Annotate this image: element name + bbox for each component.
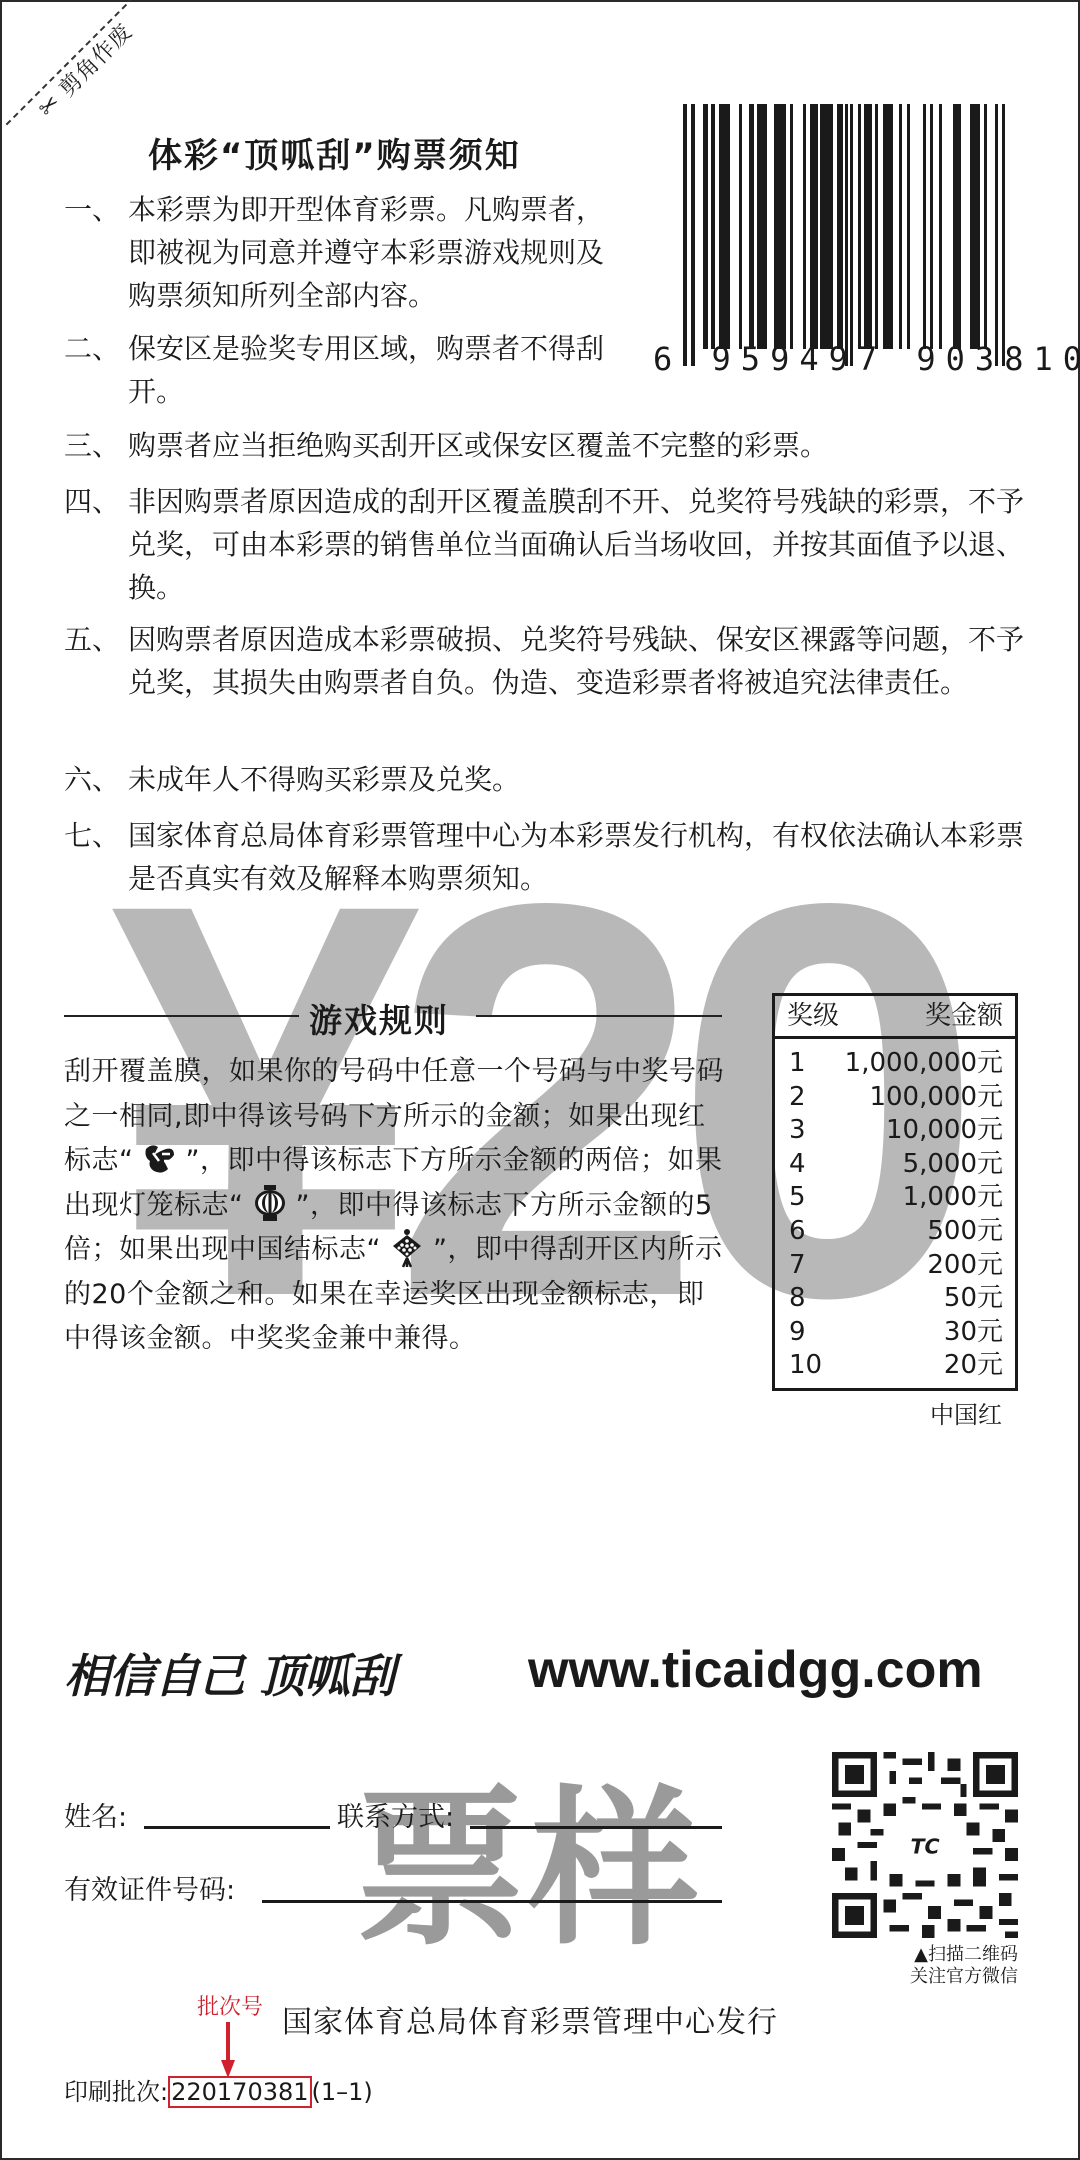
prize-amount: 1,000元	[903, 1181, 1003, 1215]
name-label: 姓名:	[64, 1795, 127, 1834]
name-field[interactable]	[144, 1826, 330, 1829]
prize-row: 51,000元	[775, 1181, 1015, 1215]
notice-item-3: 三、 购票者应当拒绝购买刮开区或保安区覆盖不完整的彩票。	[64, 424, 1024, 467]
slogan: 相信自己 顶呱刮	[64, 1640, 394, 1706]
cut-corner-label: ✂ 剪角作废	[31, 16, 139, 124]
prize-amount: 500元	[927, 1215, 1003, 1249]
prize-level: 3	[789, 1114, 829, 1148]
notice-text: 购票者应当拒绝购买刮开区或保安区覆盖不完整的彩票。	[128, 424, 1024, 467]
qr-caption: ▲扫描二维码 关注官方微信	[900, 1944, 1018, 1988]
qr-caption-line2: 关注官方微信	[900, 1966, 1018, 1988]
prize-level: 2	[789, 1081, 829, 1115]
prize-table-body: 11,000,000元 2100,000元 310,000元 45,000元 5…	[775, 1039, 1015, 1383]
notice-text: 本彩票为即开型体育彩票。凡购票者，即被视为同意并遵守本彩票游戏规则及购票须知所列…	[128, 188, 604, 317]
arrow-down-icon	[221, 2022, 235, 2078]
prize-row: 2100,000元	[775, 1081, 1015, 1115]
prize-amount: 50元	[944, 1282, 1003, 1316]
wechat-qr-code[interactable]: TC	[832, 1752, 1018, 1938]
prize-table: 奖级 奖金额 11,000,000元 2100,000元 310,000元 45…	[772, 993, 1018, 1391]
rules-header: 游戏规则	[64, 995, 722, 1035]
prize-level-header: 奖级	[787, 996, 839, 1036]
lantern-symbol-icon	[250, 1183, 290, 1223]
barcode-number: 6 959497 903810	[653, 340, 1023, 378]
issuer-text: 国家体育总局体育彩票管理中心发行	[282, 1997, 778, 2041]
svg-text:TC: TC	[910, 1834, 939, 1858]
id-number-field[interactable]	[262, 1900, 722, 1903]
prize-level: 6	[789, 1215, 829, 1249]
notice-item-5: 五、 因购票者原因造成本彩票破损、兑奖符号残缺、保安区裸露等问题，不予兑奖，其损…	[64, 618, 1024, 704]
prize-amount: 5,000元	[903, 1148, 1003, 1182]
notice-item-1: 一、 本彩票为即开型体育彩票。凡购票者，即被视为同意并遵守本彩票游戏规则及购票须…	[64, 188, 604, 317]
prize-level: 1	[789, 1047, 829, 1081]
prize-level: 5	[789, 1181, 829, 1215]
prize-amount: 200元	[927, 1249, 1003, 1283]
rules-divider-right	[476, 1015, 722, 1017]
notice-number: 五、	[64, 618, 128, 704]
notice-number: 三、	[64, 424, 128, 467]
scissors-icon: ✂	[32, 88, 67, 123]
prize-row: 6500元	[775, 1215, 1015, 1249]
qr-caption-line1: ▲扫描二维码	[900, 1944, 1018, 1966]
notice-title: 体彩“顶呱刮”购票须知	[148, 128, 521, 177]
notice-number: 七、	[64, 814, 128, 900]
prize-row: 1020元	[775, 1349, 1015, 1383]
notice-text: 非因购票者原因造成的刮开区覆盖膜刮不开、兑奖符号残缺的彩票，不予兑奖，可由本彩票…	[128, 480, 1024, 609]
notice-number: 四、	[64, 480, 128, 609]
batch-annotation-label: 批次号	[197, 1990, 263, 2021]
prize-amount: 1,000,000元	[845, 1047, 1003, 1081]
id-number-label: 有效证件号码:	[64, 1868, 235, 1907]
prize-row: 45,000元	[775, 1148, 1015, 1182]
batch-number-highlight: 220170381	[168, 2076, 311, 2108]
prize-amount: 20元	[944, 1349, 1003, 1383]
rules-text: 刮开覆盖膜，如果你的号码中任意一个号码与中奖号码之一相同,即中得该号码下方所示的…	[64, 1050, 724, 1362]
cut-corner-mark: ✂ 剪角作废	[0, 0, 140, 140]
notice-item-4: 四、 非因购票者原因造成的刮开区覆盖膜刮不开、兑奖符号残缺的彩票，不予兑奖，可由…	[64, 480, 1024, 609]
prize-table-header: 奖级 奖金额	[775, 996, 1015, 1039]
notice-item-6: 六、 未成年人不得购买彩票及兑奖。	[64, 758, 1024, 801]
red-symbol-icon	[140, 1139, 180, 1179]
contact-field[interactable]	[470, 1826, 722, 1829]
prize-level: 7	[789, 1249, 829, 1283]
prize-amount: 30元	[944, 1316, 1003, 1350]
prize-level: 8	[789, 1282, 829, 1316]
prize-row: 930元	[775, 1316, 1015, 1350]
notice-text: 因购票者原因造成本彩票破损、兑奖符号残缺、保安区裸露等问题，不予兑奖，其损失由购…	[128, 618, 1024, 704]
notice-number: 一、	[64, 188, 128, 317]
edition-name: 中国红	[930, 1395, 1002, 1430]
notice-text: 国家体育总局体育彩票管理中心为本彩票发行机构，有权依法确认本彩票是否真实有效及解…	[128, 814, 1024, 900]
print-batch: 印刷批次:220170381(1–1)	[64, 2072, 373, 2107]
prize-amount-header: 奖金额	[925, 996, 1003, 1036]
prize-row: 850元	[775, 1282, 1015, 1316]
prize-level: 9	[789, 1316, 829, 1350]
notice-text: 保安区是验奖专用区域，购票者不得刮开。	[128, 327, 604, 413]
print-batch-suffix: (1–1)	[312, 2078, 373, 2106]
contact-label: 联系方式:	[337, 1795, 454, 1834]
website-link[interactable]: www.ticaidgg.com	[528, 1640, 983, 1700]
notice-number: 六、	[64, 758, 128, 801]
chinese-knot-symbol-icon	[387, 1228, 427, 1268]
notice-text: 未成年人不得购买彩票及兑奖。	[128, 758, 1024, 801]
notice-item-7: 七、 国家体育总局体育彩票管理中心为本彩票发行机构，有权依法确认本彩票是否真实有…	[64, 814, 1024, 900]
prize-amount: 100,000元	[869, 1081, 1003, 1115]
barcode: 6 959497 903810	[683, 104, 1018, 374]
prize-amount: 10,000元	[886, 1114, 1003, 1148]
prize-row: 11,000,000元	[775, 1047, 1015, 1081]
prize-row: 7200元	[775, 1249, 1015, 1283]
print-batch-label: 印刷批次:	[64, 2078, 168, 2106]
notice-item-2: 二、 保安区是验奖专用区域，购票者不得刮开。	[64, 327, 604, 413]
rules-divider-left	[64, 1015, 299, 1017]
notice-number: 二、	[64, 327, 128, 413]
rules-title: 游戏规则	[309, 995, 449, 1042]
prize-level: 4	[789, 1148, 829, 1182]
prize-row: 310,000元	[775, 1114, 1015, 1148]
prize-level: 10	[789, 1349, 829, 1383]
barcode-bars	[683, 104, 1018, 374]
